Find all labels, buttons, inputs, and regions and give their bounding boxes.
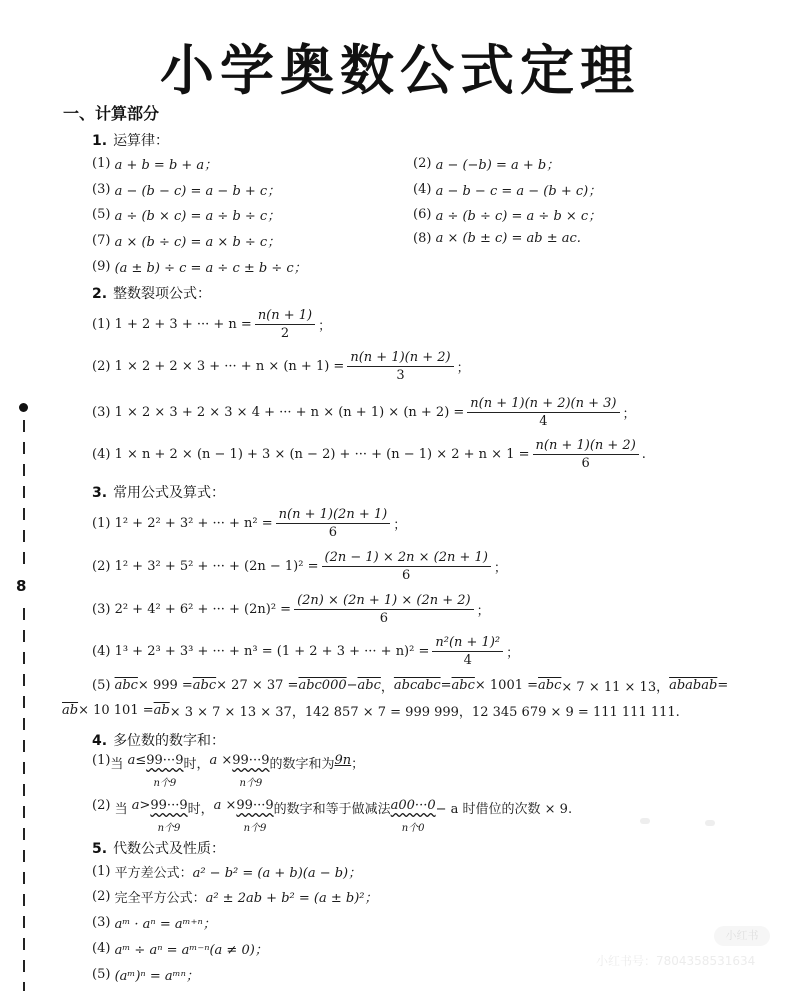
formula-5-4: (4) aᵐ ÷ aⁿ = aᵐ⁻ⁿ(a ≠ 0)； <box>92 939 268 958</box>
formula-1-1: (1) a + b = b + a； <box>92 154 217 173</box>
formula-3-5-line1: (5) abc × 999 = abc × 27 × 37 = abc000 −… <box>92 676 728 695</box>
formula-5-5: (5) (aᵐ)ⁿ = aᵐⁿ； <box>92 965 199 984</box>
formula-5-2: (2) 完全平方公式：a² ± 2ab + b² = (a ± b)²； <box>92 887 377 906</box>
formula-3-3: (3) 2² + 4² + 6² + ··· + (2n)² = (2n) × … <box>92 593 490 626</box>
formula-1-5: (5) a ÷ (b × c) = a ÷ b ÷ c； <box>92 205 280 224</box>
page-number: 8 <box>16 577 26 595</box>
formula-2-3: (3) 1 × 2 × 3 + 2 × 3 × 4 + ··· + n × (n… <box>92 396 636 429</box>
subsection-number: 1. <box>92 133 107 149</box>
formula-4-1: (1)当 a ≤ 99···9n个9 时，a × 99···9n个9 的数字和为… <box>92 753 364 789</box>
dash-mark <box>23 464 25 476</box>
formula-1-9: (9) (a ± b) ÷ c = a ÷ c ± b ÷ c； <box>92 257 307 276</box>
formula-3-1: (1) 1² + 2² + 3² + ··· + n² = n(n + 1)(2… <box>92 507 406 540</box>
dash-mark <box>23 916 25 928</box>
formula-2-1: (1) 1 + 2 + 3 + ··· + n = n(n + 1)2； <box>92 308 331 341</box>
subsection-heading-4: 4.多位数的数字和： <box>92 730 225 750</box>
formula-1-7: (7) a × (b ÷ c) = a × b ÷ c； <box>92 231 280 250</box>
dash-mark <box>23 718 25 730</box>
formula-5-1: (1) 平方差公式：a² − b² = (a + b)(a − b)； <box>92 862 361 881</box>
watermark-badge: 小红书 <box>714 926 770 946</box>
dash-mark <box>23 850 25 862</box>
section-heading: 一、计算部分 <box>63 101 159 124</box>
subsection-number: 4. <box>92 733 107 749</box>
formula-2-4: (4) 1 × n + 2 × (n − 1) + 3 × (n − 2) + … <box>92 438 646 471</box>
dash-mark <box>23 740 25 752</box>
formula-4-2: (2) 当 a > 99···9n个9 时，a × 99···9n个9 的数字和… <box>92 798 572 834</box>
formula-1-8: (8) a × (b ± c) = ab ± ac. <box>413 231 581 246</box>
formula-3-4: (4) 1³ + 2³ + 3³ + ··· + n³ = (1 + 2 + 3… <box>92 635 519 668</box>
subsection-heading-1: 1.运算律： <box>92 130 169 150</box>
dash-mark <box>23 894 25 906</box>
dash-mark <box>23 508 25 520</box>
dash-mark <box>23 828 25 840</box>
dash-mark <box>23 762 25 774</box>
dash-mark <box>23 872 25 884</box>
binding-hole-icon <box>19 403 28 412</box>
dash-mark <box>23 652 25 664</box>
formula-1-2: (2) a − (−b) = a + b； <box>413 154 559 173</box>
subsection-heading-5: 5.代数公式及性质： <box>92 838 225 858</box>
subsection-title: 常用公式及算式： <box>113 485 225 501</box>
subsection-heading-3: 3.常用公式及算式： <box>92 482 225 502</box>
dash-mark <box>23 806 25 818</box>
formula-5-3: (3) aᵐ · aⁿ = aᵐ⁺ⁿ； <box>92 913 216 932</box>
subsection-heading-2: 2.整数裂项公式： <box>92 283 211 303</box>
formula-1-4: (4) a − b − c = a − (b + c)； <box>413 180 601 199</box>
dash-mark <box>23 552 25 564</box>
scan-artifact <box>705 820 715 826</box>
dash-mark <box>23 982 25 991</box>
formula-1-3: (3) a − (b − c) = a − b + c； <box>92 180 280 199</box>
scan-artifact <box>640 818 650 824</box>
dash-mark <box>23 608 25 620</box>
document-title: 小学奥数公式定理 <box>0 28 800 105</box>
subsection-title: 整数裂项公式： <box>113 286 211 302</box>
dash-mark <box>23 784 25 796</box>
dash-mark <box>23 530 25 542</box>
subsection-title: 运算律： <box>113 133 169 149</box>
subsection-title: 多位数的数字和： <box>113 733 225 749</box>
formula-3-2: (2) 1² + 3² + 5² + ··· + (2n − 1)² = (2n… <box>92 550 507 583</box>
dash-mark <box>23 420 25 432</box>
subsection-number: 5. <box>92 841 107 857</box>
subsection-number: 3. <box>92 485 107 501</box>
dash-mark <box>23 486 25 498</box>
formula-3-5-line2: ab × 10 101 = ab × 3 × 7 × 13 × 37，142 8… <box>62 701 680 720</box>
subsection-number: 2. <box>92 286 107 302</box>
formula-1-6: (6) a ÷ (b ÷ c) = a ÷ b × c； <box>413 205 601 224</box>
formula-2-2: (2) 1 × 2 + 2 × 3 + ··· + n × (n + 1) = … <box>92 350 470 383</box>
dash-mark <box>23 960 25 972</box>
dash-mark <box>23 696 25 708</box>
dash-mark <box>23 630 25 642</box>
subsection-title: 代数公式及性质： <box>113 841 225 857</box>
dash-mark <box>23 938 25 950</box>
dash-mark <box>23 674 25 686</box>
dash-mark <box>23 442 25 454</box>
watermark-text: 小红书号：7804358531634 <box>596 952 755 969</box>
